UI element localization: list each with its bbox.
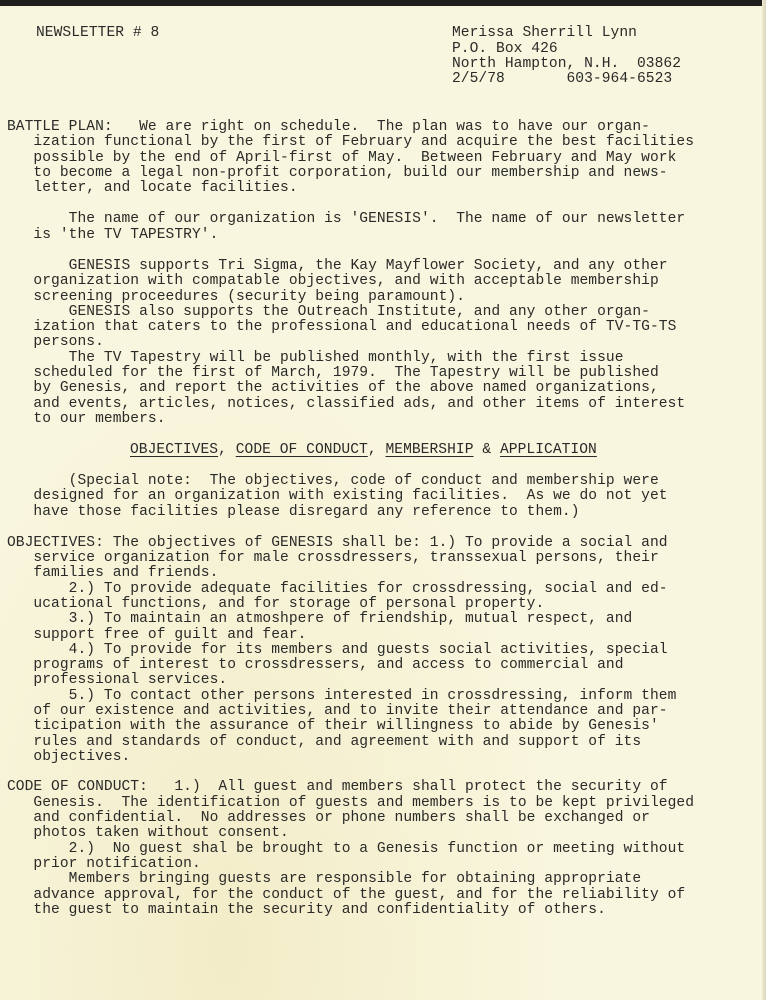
code-of-conduct-line: 2.) No guest shal be brought to a Genesi… [7,842,685,857]
battle-plan-line: letter, and locate facilities. [7,181,298,196]
objectives-line: 5.) To contact other persons interested … [7,689,676,704]
code-of-conduct-line: photos taken without consent. [7,826,289,841]
heading-application: APPLICATION [500,442,597,458]
objectives-line: ticipation with the assurance of their w… [7,719,659,734]
date-phone: 2/5/78 603-964-6523 [452,72,672,87]
objectives-line: service organization for male crossdress… [7,551,659,566]
objectives-line: objectives. [7,750,130,765]
po-box: P.O. Box 426 [452,42,558,57]
battle-plan-line: to become a legal non-profit corporation… [7,166,668,181]
supports-line: organization with compatable objectives,… [7,274,659,289]
code-of-conduct-line: advance approval, for the conduct of the… [7,888,685,903]
names-line: The name of our organization is 'GENESIS… [7,212,685,227]
objectives-line: programs of interest to crossdressers, a… [7,658,624,673]
supports-line: screening proceedures (security being pa… [7,290,465,305]
supports-line: GENESIS also supports the Outreach Insti… [7,305,650,320]
battle-plan-line: possible by the end of April-first of Ma… [7,151,676,166]
heading-membership: MEMBERSHIP [385,442,473,458]
code-of-conduct-line: Genesis. The identification of guests an… [7,796,694,811]
objectives-line: 4.) To provide for its members and guest… [7,643,668,658]
supports-line: and events, articles, notices, classifie… [7,397,685,412]
objectives-line: rules and standards of conduct, and agre… [7,735,641,750]
heading-code-of-conduct: CODE OF CONDUCT [236,442,368,458]
heading-objectives: OBJECTIVES [130,442,218,458]
battle-plan-line: BATTLE PLAN: We are right on schedule. T… [7,120,650,135]
objectives-line: ucational functions, and for storage of … [7,597,544,612]
supports-line: persons. [7,335,104,350]
objectives-line: professional services. [7,673,227,688]
supports-line: by Genesis, and report the activities of… [7,381,659,396]
special-note-line: have those facilities please disregard a… [7,505,580,520]
author-name: Merissa Sherrill Lynn [452,26,637,41]
objectives-line: support free of guilt and fear. [7,628,306,643]
battle-plan-line: ization functional by the first of Febru… [7,135,694,150]
supports-line: to our members. [7,412,166,427]
section-heading: OBJECTIVES, CODE OF CONDUCT, MEMBERSHIP … [130,443,597,458]
objectives-line: 3.) To maintain an atmoshpere of friends… [7,612,632,627]
special-note-line: (Special note: The objectives, code of c… [7,474,659,489]
supports-line: scheduled for the first of March, 1979. … [7,366,659,381]
names-line: is 'the TV TAPESTRY'. [7,228,218,243]
scan-right-edge [762,0,766,1000]
code-of-conduct-line: the guest to maintain the security and c… [7,903,606,918]
supports-line: The TV Tapestry will be published monthl… [7,351,624,366]
city-state-zip: North Hampton, N.H. 03862 [452,57,681,72]
special-note-line: designed for an organization with existi… [7,489,668,504]
supports-line: ization that caters to the professional … [7,320,676,335]
objectives-line: of our existence and activities, and to … [7,704,668,719]
code-of-conduct-line: and confidential. No addresses or phone … [7,811,650,826]
code-of-conduct-line: Members bringing guests are responsible … [7,872,641,887]
supports-line: GENESIS supports Tri Sigma, the Kay Mayf… [7,259,668,274]
code-of-conduct-line: CODE OF CONDUCT: 1.) All guest and membe… [7,780,668,795]
code-of-conduct-line: prior notification. [7,857,201,872]
newsletter-title: NEWSLETTER # 8 [36,26,159,41]
objectives-line: OBJECTIVES: The objectives of GENESIS sh… [7,536,668,551]
objectives-line: families and friends. [7,566,218,581]
objectives-line: 2.) To provide adequate facilities for c… [7,582,668,597]
